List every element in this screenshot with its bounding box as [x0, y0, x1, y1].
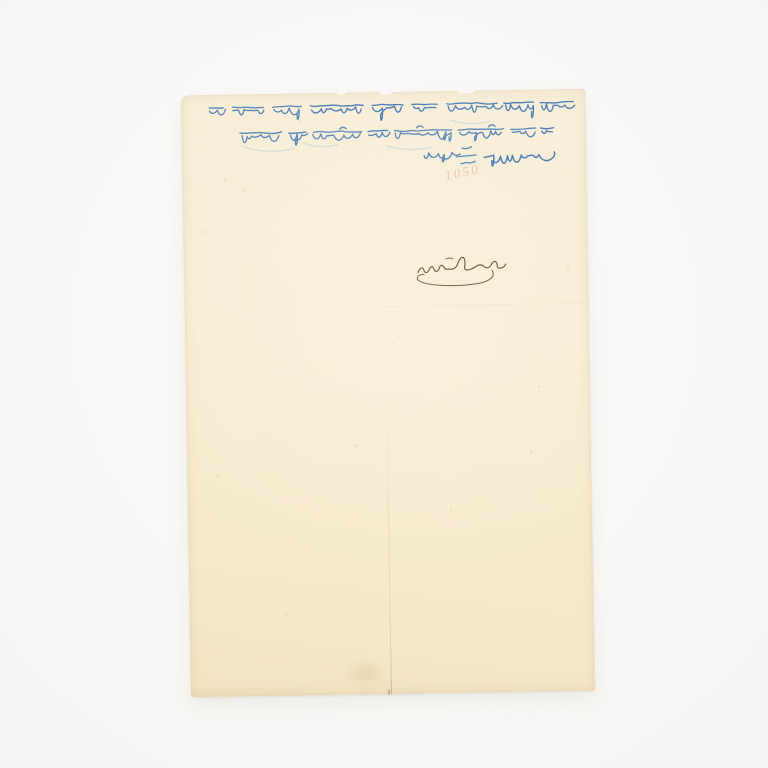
foxing-speck [217, 475, 219, 477]
handwriting-stroke [412, 104, 438, 112]
faint-horizontal-crease [383, 303, 589, 307]
foxing-speck [391, 342, 393, 344]
photo-backdrop: 1050 [0, 0, 768, 768]
handwriting-stroke [209, 108, 225, 115]
bottom-edge-slit [388, 689, 390, 695]
handwriting-stroke [449, 119, 489, 124]
handwriting-stroke [232, 107, 264, 115]
handwriting-line-2 [240, 124, 554, 146]
handwriting-stroke [541, 128, 554, 134]
handwriting-layer [181, 89, 595, 698]
foxing-speck [530, 452, 532, 454]
foxing-speck [450, 509, 452, 511]
handwriting-line-1 [209, 101, 575, 123]
handwriting-stroke [446, 258, 453, 259]
handwriting-stroke [289, 132, 308, 145]
foxing-speck [299, 119, 301, 121]
handwriting-stroke [511, 128, 536, 137]
handwriting-stroke [462, 147, 472, 149]
handwriting-stroke [417, 270, 493, 286]
vertical-fold-crease [386, 392, 392, 694]
torn-edge-notch [380, 89, 393, 96]
handwriting-stroke [372, 104, 403, 121]
foxing-speck [224, 179, 226, 181]
handwriting-stroke [456, 155, 476, 157]
handwriting-stroke [395, 125, 452, 141]
handwriting-stroke [240, 132, 282, 143]
document-sheet: 1050 [181, 89, 595, 698]
handwriting-stroke [418, 257, 506, 273]
foxing-speck [201, 231, 203, 233]
handwriting-stroke [458, 125, 504, 141]
handwriting-stroke [447, 102, 503, 112]
handwriting-stroke [387, 145, 431, 150]
handwriting-stroke [310, 105, 363, 114]
ink-signature [417, 257, 506, 287]
handwriting-stroke [273, 106, 302, 120]
handwriting-stroke [304, 143, 338, 147]
handwriting-stroke [368, 130, 390, 137]
handwriting-stroke [313, 127, 362, 141]
foxing-speck [567, 269, 569, 271]
paper-stain [340, 657, 389, 692]
torn-edge-notch [336, 90, 346, 95]
handwriting-stroke [540, 101, 575, 111]
penciled-number: 1050 [443, 157, 501, 184]
foxing-specks [181, 89, 595, 698]
handwriting-stroke [242, 146, 294, 152]
torn-edge-notch [457, 88, 474, 94]
foxing-speck [243, 189, 245, 191]
foxing-speck [538, 385, 540, 387]
ink-ghost-strokes [242, 119, 490, 152]
foxing-speck [286, 614, 288, 616]
handwriting-stroke [504, 102, 534, 118]
handwriting-stroke [424, 152, 460, 162]
foxing-speck [355, 445, 357, 447]
